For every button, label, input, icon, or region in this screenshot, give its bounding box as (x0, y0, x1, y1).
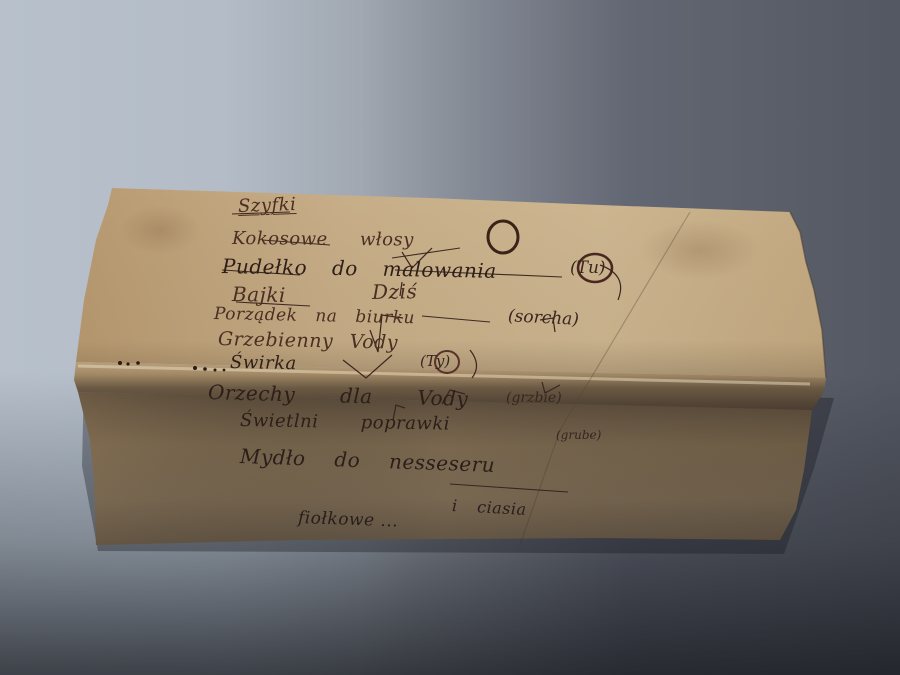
paper-note: Szyfki Kokosowe włosy Pudełko do malowan… (0, 0, 900, 675)
note-line-7: Świrka (230, 352, 297, 374)
annotation-tu: (Tu) (570, 258, 606, 278)
note-line-9: Świetlni poprawki (240, 410, 450, 435)
annotation-grzbie: (grzbie) (506, 390, 562, 406)
note-line-3: Pudełko do malowania (222, 254, 497, 283)
paper-shape (0, 0, 900, 675)
annotation-sorcha: (sorcha) (508, 306, 580, 330)
note-line-2: Kokosowe włosy (232, 228, 414, 251)
note-line-12: fiołkowe ... (298, 508, 399, 531)
annotation-grube: (grube) (556, 428, 601, 442)
note-line-11: i ciasia (452, 496, 528, 519)
note-line-4b: Dziś (372, 279, 418, 304)
note-line-6: Grzebienny Vody (218, 328, 398, 354)
annotation-ty: (Ty) (420, 352, 450, 370)
note-line-1: Szyfki (238, 194, 297, 217)
note-line-4: Bajki (232, 282, 286, 307)
note-line-5: Porządek na biurku (214, 304, 415, 328)
